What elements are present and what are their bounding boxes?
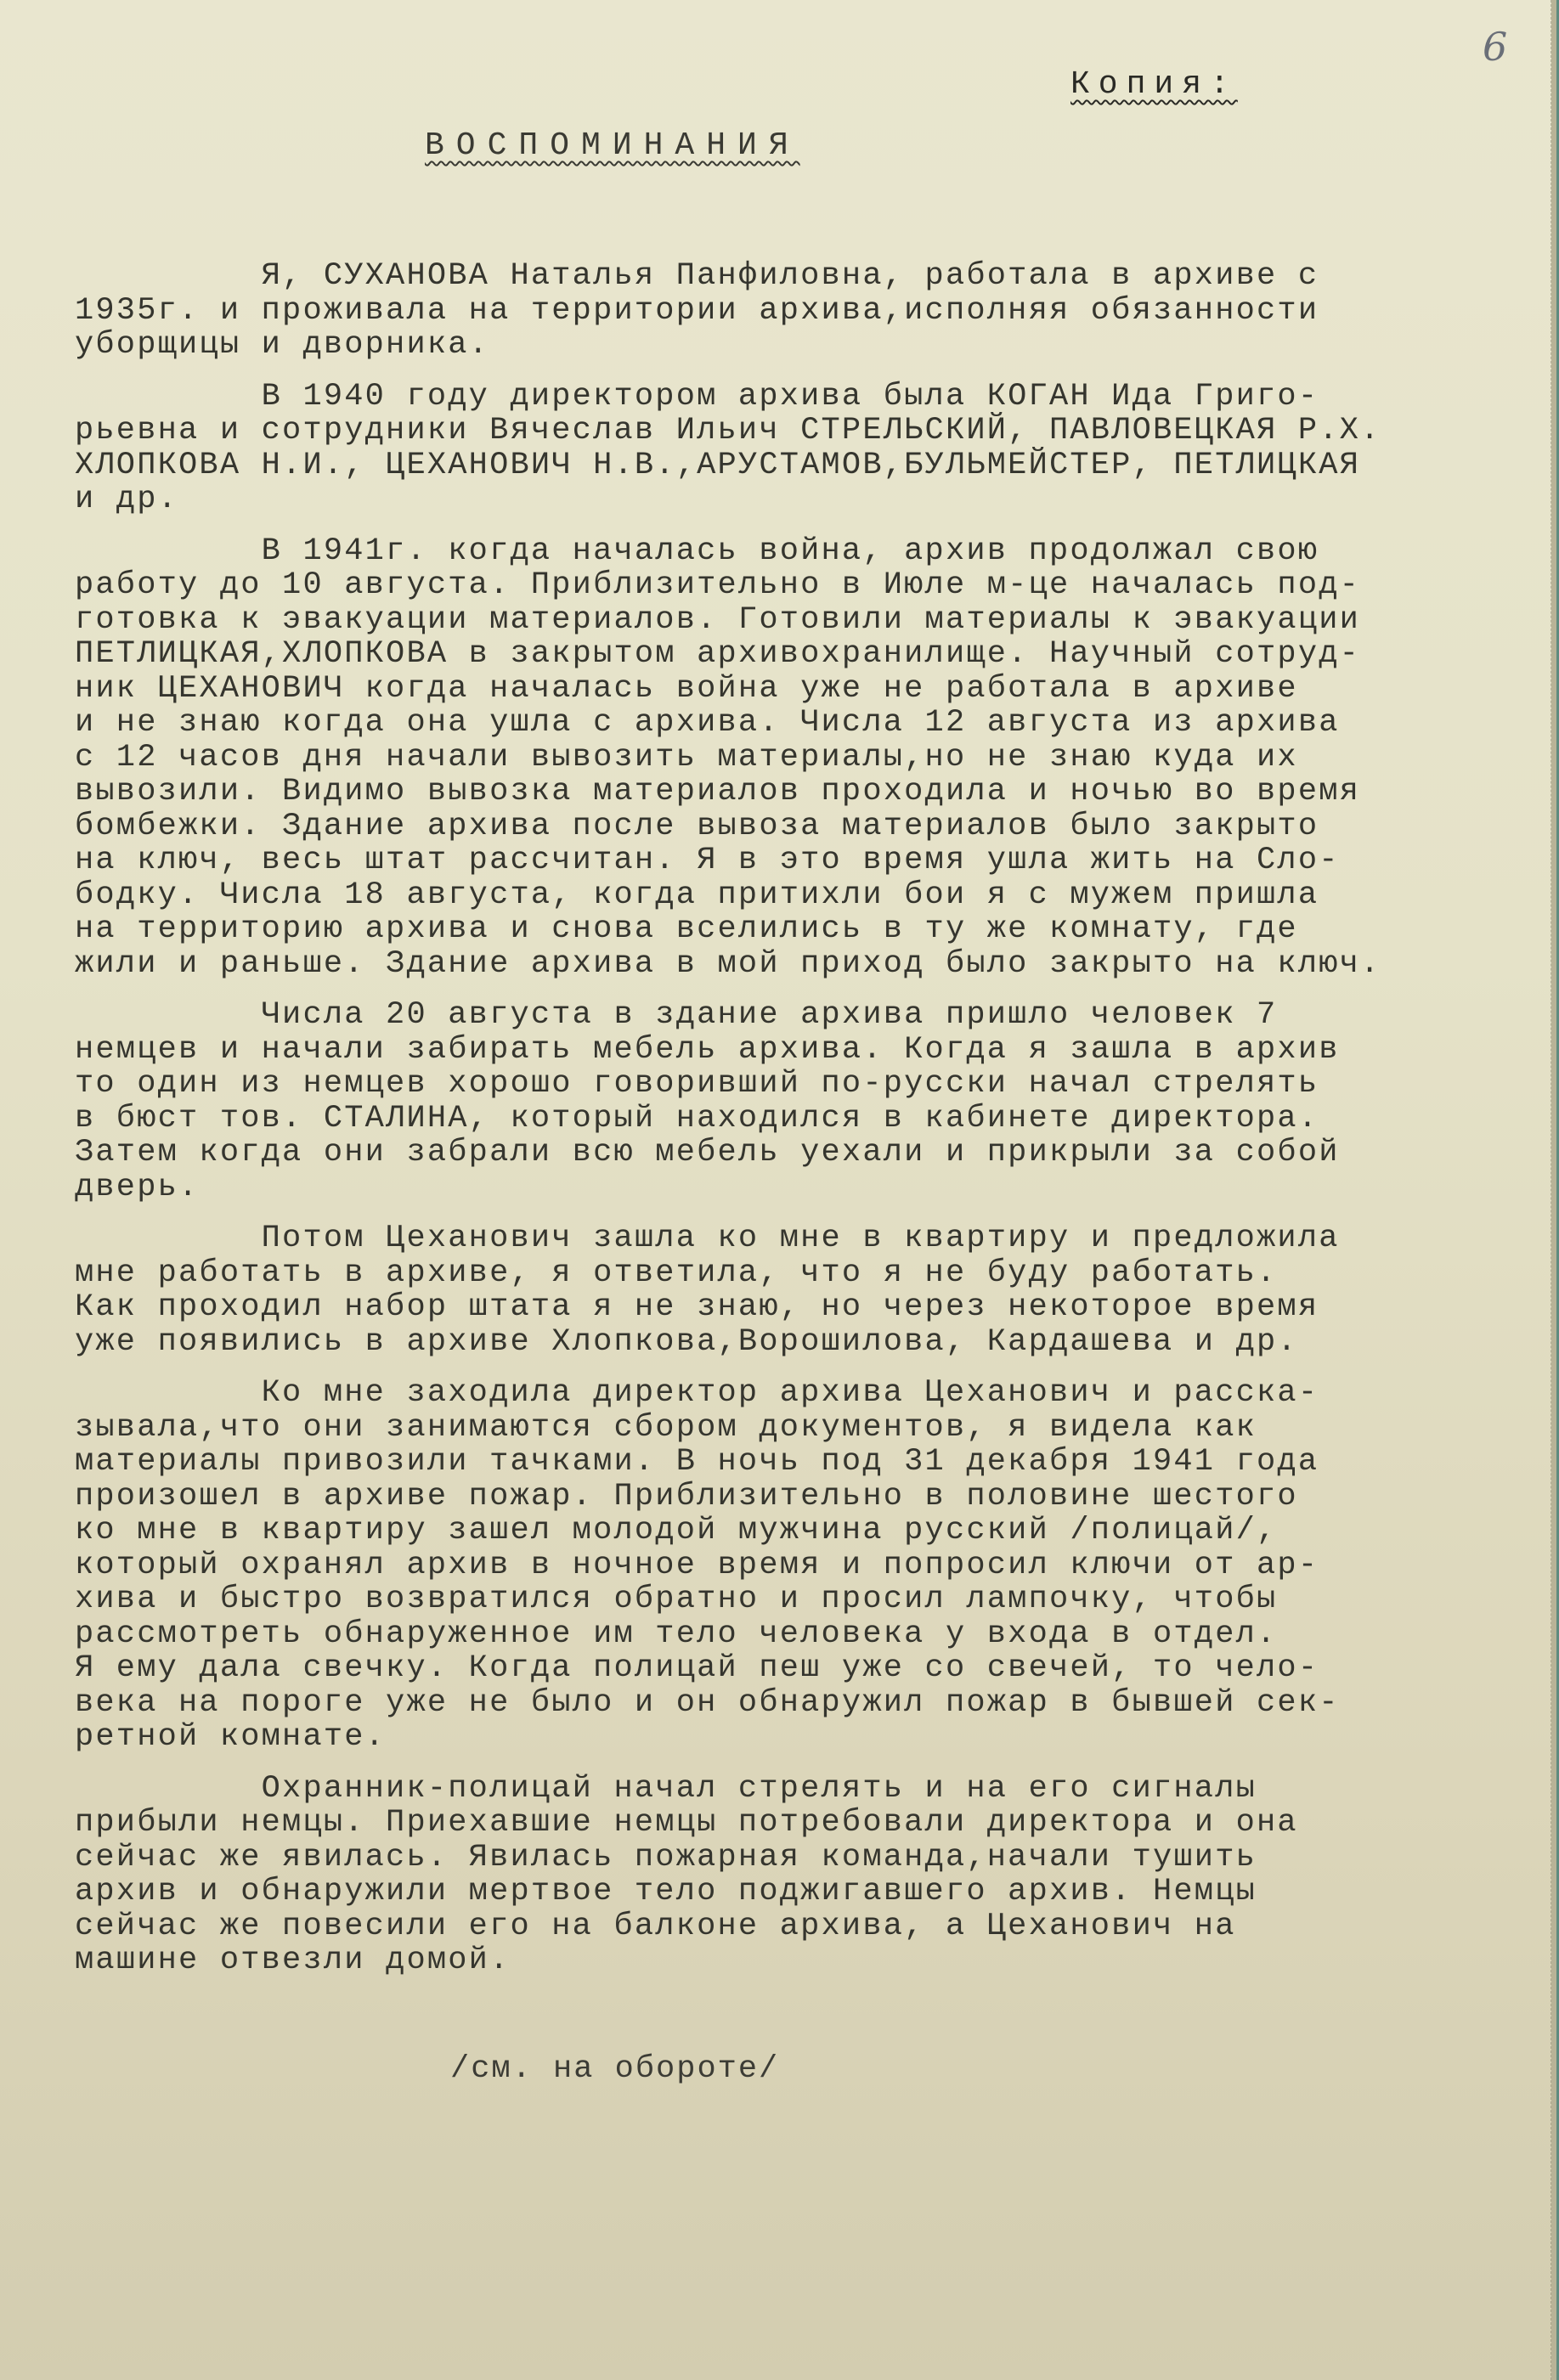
text-line: вывозили. Видимо вывозка материалов прох… bbox=[75, 775, 1502, 809]
text-line: архив и обнаружили мертвое тело поджигав… bbox=[75, 1875, 1502, 1909]
text-line: сейчас же явилась. Явилась пожарная кома… bbox=[75, 1841, 1502, 1875]
text-line: бомбежки. Здание архива после вывоза мат… bbox=[75, 809, 1502, 844]
text-line: дверь. bbox=[75, 1170, 1502, 1205]
text-line: Охранник-полицай начал стрелять и на его… bbox=[75, 1772, 1502, 1807]
text-line: бодку. Числа 18 августа, когда притихли … bbox=[75, 878, 1502, 913]
text-line: рьевна и сотрудники Вячеслав Ильич СТРЕЛ… bbox=[75, 414, 1502, 448]
text-line: работу до 10 августа. Приблизительно в И… bbox=[75, 568, 1502, 603]
text-line: мне работать в архиве, я ответила, что я… bbox=[75, 1256, 1502, 1291]
text-line: Числа 20 августа в здание архива пришло … bbox=[75, 998, 1502, 1033]
text-line: ХЛОПКОВА Н.И., ЦЕХАНОВИЧ Н.В.,АРУСТАМОВ,… bbox=[75, 448, 1502, 483]
document-title: ВОСПОМИНАНИЯ bbox=[425, 127, 800, 164]
text-line: зывала,что они занимаются сбором докумен… bbox=[75, 1411, 1502, 1446]
text-line: хива и быстро возвратился обратно и прос… bbox=[75, 1582, 1502, 1617]
text-line: материалы привозили тачками. В ночь под … bbox=[75, 1445, 1502, 1480]
text-line: который охранял архив в ночное время и п… bbox=[75, 1548, 1502, 1583]
text-line: произошел в архиве пожар. Приблизительно… bbox=[75, 1480, 1502, 1514]
copy-mark: Копия: bbox=[1070, 66, 1238, 103]
text-line: прибыли немцы. Приехавшие немцы потребов… bbox=[75, 1806, 1502, 1841]
text-line: Я, СУХАНОВА Наталья Панфиловна, работала… bbox=[75, 259, 1502, 294]
text-line: рассмотреть обнаруженное им тело человек… bbox=[75, 1617, 1502, 1652]
text-line: 1935г. и проживала на территории архива,… bbox=[75, 294, 1502, 329]
text-line: и др. bbox=[75, 482, 1502, 517]
text-line: Как проходил набор штата я не знаю, но ч… bbox=[75, 1290, 1502, 1325]
text-line: и не знаю когда она ушла с архива. Числа… bbox=[75, 706, 1502, 741]
text-line: Ко мне заходила директор архива Цеханови… bbox=[75, 1376, 1502, 1411]
text-line: на ключ, весь штат рассчитан. Я в это вр… bbox=[75, 843, 1502, 878]
text-line: Потом Цеханович зашла ко мне в квартиру … bbox=[75, 1221, 1502, 1256]
text-line: ПЕТЛИЦКАЯ,ХЛОПКОВА в закрытом архивохран… bbox=[75, 637, 1502, 672]
text-line: на территорию архива и снова вселились в… bbox=[75, 912, 1502, 947]
text-line: в бюст тов. СТАЛИНА, который находился в… bbox=[75, 1102, 1502, 1136]
text-line: века на пороге уже не было и он обнаружи… bbox=[75, 1686, 1502, 1721]
text-line: готовка к эвакуации материалов. Готовили… bbox=[75, 603, 1502, 638]
folio-number: 6 bbox=[1483, 24, 1507, 70]
text-line: с 12 часов дня начали вывозить материалы… bbox=[75, 741, 1502, 775]
text-line: немцев и начали забирать мебель архива. … bbox=[75, 1033, 1502, 1068]
text-line: ко мне в квартиру зашел молодой мужчина … bbox=[75, 1514, 1502, 1548]
document-page: 6 Копия: ВОСПОМИНАНИЯ Я, СУХАНОВА Наталь… bbox=[0, 0, 1556, 2380]
text-line: сейчас же повесили его на балконе архива… bbox=[75, 1909, 1502, 1944]
text-line: В 1940 году директором архива была КОГАН… bbox=[75, 380, 1502, 415]
see-reverse-note: /см. на обороте/ bbox=[450, 2051, 779, 2087]
text-line: машине отвезли домой. bbox=[75, 1943, 1502, 1978]
document-body: Я, СУХАНОВА Наталья Панфиловна, работала… bbox=[75, 259, 1502, 1978]
text-line: уборщицы и дворника. bbox=[75, 328, 1502, 363]
text-line: Я ему дала свечку. Когда полицай пеш уже… bbox=[75, 1651, 1502, 1686]
text-line: жили и раньше. Здание архива в мой прихо… bbox=[75, 947, 1502, 982]
text-line: то один из немцев хорошо говоривший по-р… bbox=[75, 1067, 1502, 1102]
text-line: В 1941г. когда началась война, архив про… bbox=[75, 534, 1502, 569]
text-line: ретной комнате. bbox=[75, 1720, 1502, 1755]
text-line: уже появились в архиве Хлопкова,Ворошило… bbox=[75, 1325, 1502, 1360]
text-line: ник ЦЕХАНОВИЧ когда началась война уже н… bbox=[75, 672, 1502, 707]
text-line: Затем когда они забрали всю мебель уехал… bbox=[75, 1136, 1502, 1170]
